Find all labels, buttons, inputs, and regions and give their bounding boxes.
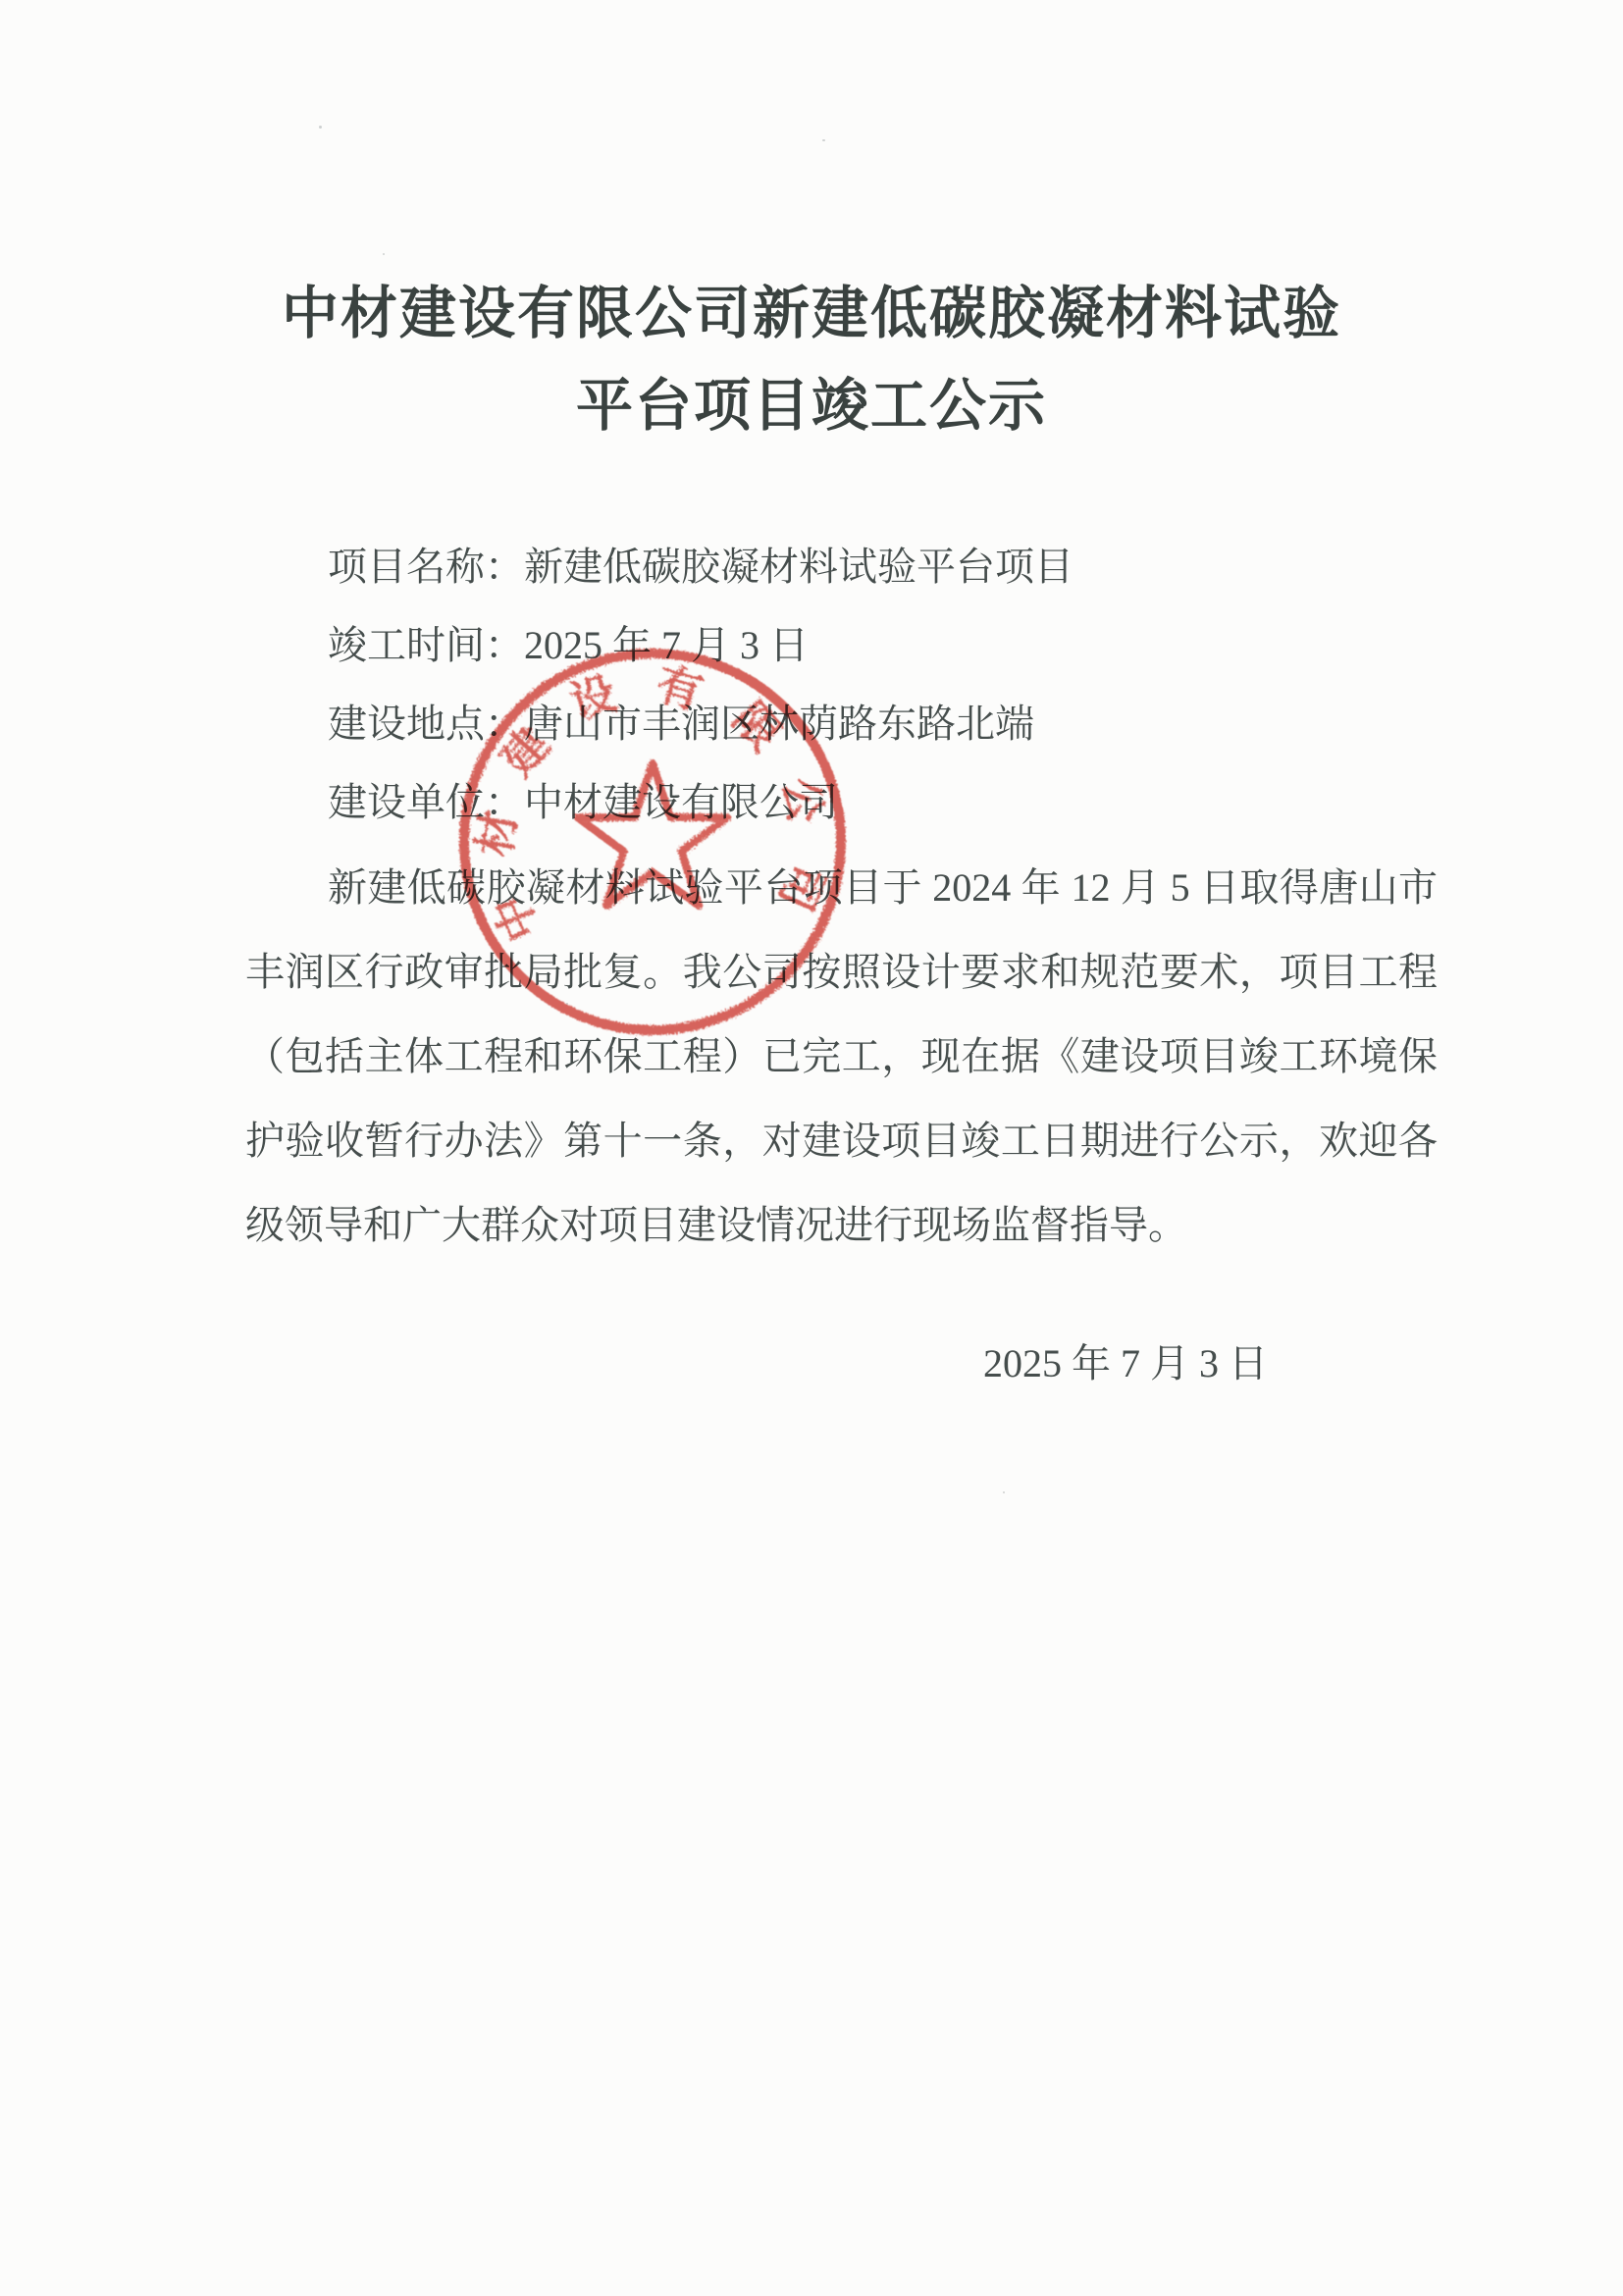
field-construction-site-value: 唐山市丰润区林荫路东路北端	[524, 702, 1034, 746]
signature-date: 2025 年 7 月 3 日	[983, 1340, 1268, 1387]
scan-speck	[566, 1003, 568, 1005]
scan-speck	[319, 126, 322, 129]
field-completion-date: 竣工时间：2025 年 7 月 3 日	[245, 606, 1438, 685]
scanned-document-page: 中材建设有限公司新建低碳胶凝材料试验 平台项目竣工公示 项目名称：新建低碳胶凝材…	[0, 0, 1623, 2296]
announcement-body: 新建低碳胶凝材料试验平台项目于 2024 年 12 月 5 日取得唐山市丰润区行…	[245, 846, 1438, 1268]
scan-speck	[1003, 1491, 1005, 1493]
field-project-name: 项目名称：新建低碳胶凝材料试验平台项目	[245, 528, 1438, 606]
scan-speck	[383, 253, 385, 255]
field-construction-site: 建设地点：唐山市丰润区林荫路东路北端	[245, 685, 1438, 763]
field-construction-site-label: 建设地点：	[328, 702, 524, 746]
field-completion-date-label: 竣工时间：	[328, 623, 524, 667]
field-project-name-label: 项目名称：	[328, 545, 524, 589]
scan-speck	[822, 139, 825, 141]
field-project-name-value: 新建低碳胶凝材料试验平台项目	[524, 545, 1073, 589]
field-completion-date-value: 2025 年 7 月 3 日	[524, 623, 809, 667]
document-title-line-1: 中材建设有限公司新建低碳胶凝材料试验	[0, 267, 1623, 359]
document-title-line-2: 平台项目竣工公示	[0, 359, 1623, 451]
field-construction-unit: 建设单位：中材建设有限公司	[245, 763, 1438, 842]
field-construction-unit-label: 建设单位：	[328, 780, 524, 824]
project-info-fields: 项目名称：新建低碳胶凝材料试验平台项目 竣工时间：2025 年 7 月 3 日 …	[245, 528, 1438, 842]
field-construction-unit-value: 中材建设有限公司	[524, 780, 838, 824]
document-title: 中材建设有限公司新建低碳胶凝材料试验 平台项目竣工公示	[0, 267, 1623, 451]
